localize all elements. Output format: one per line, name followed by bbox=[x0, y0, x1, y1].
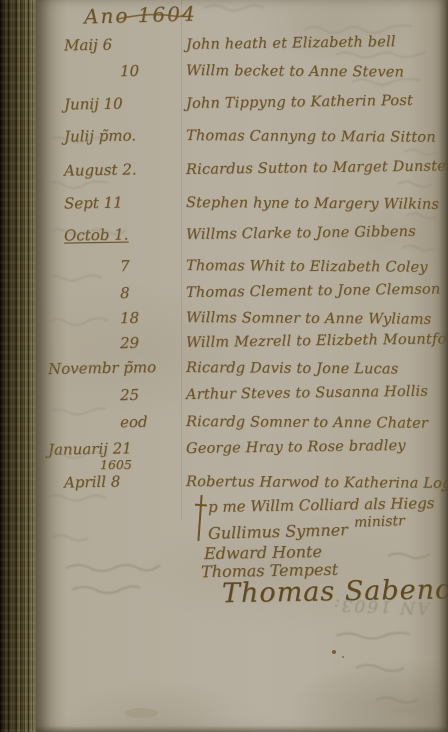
record-names: Ricardg Somner to Anne Chater bbox=[186, 414, 428, 432]
record-names: Thomas Cannyng to Maria Sitton bbox=[186, 128, 436, 146]
record-row: 8 Thomas Clement to Jone Clemson bbox=[36, 284, 448, 308]
record-date: eod bbox=[120, 413, 148, 431]
record-names: Willm becket to Anne Steven bbox=[186, 63, 404, 81]
record-names: Robertus Harwod to Katherina Loger bbox=[186, 474, 448, 492]
record-row: August 2. Ricardus Sutton to Marget Duns… bbox=[36, 161, 448, 185]
record-date: August 2. bbox=[64, 160, 137, 179]
record-row: eod Ricardg Somner to Anne Chater bbox=[36, 413, 448, 437]
page-bottom-edge bbox=[36, 726, 448, 732]
manuscript-photo: Ano 1604 Maij 6 John heath et Elizabeth … bbox=[0, 0, 448, 732]
record-row: 25 Arthur Steves to Susanna Hollis bbox=[36, 386, 448, 410]
page-right-edge bbox=[439, 0, 448, 732]
record-names: Ricardg Davis to Jone Lucas bbox=[186, 360, 398, 377]
record-row: 7 Thomas Whit to Elizabeth Coley bbox=[36, 257, 448, 281]
record-date: Maij 6 bbox=[64, 36, 112, 55]
cross-flourish bbox=[197, 495, 202, 541]
record-row: 29 Willm Mezrell to Elizbeth Mountford bbox=[36, 334, 448, 358]
record-names: John Tippyng to Katherin Post bbox=[186, 93, 413, 112]
record-date: Januarij 21 bbox=[48, 439, 132, 458]
record-names: Thomas Clement to Jone Clemson bbox=[186, 281, 441, 301]
record-date: 18 bbox=[120, 309, 139, 327]
record-row: 18 Willms Somner to Anne Wyliams bbox=[36, 309, 448, 333]
witness-signature: Gullimus Symner bbox=[208, 520, 348, 543]
record-date: 25 bbox=[120, 386, 139, 404]
record-names: Arthur Steves to Susanna Hollis bbox=[186, 384, 428, 403]
record-row: Julij p̃mo. Thomas Cannyng to Maria Sitt… bbox=[36, 127, 448, 151]
record-row: 10 Willm becket to Anne Steven bbox=[36, 62, 448, 86]
record-row: Novembr p̃mo Ricardg Davis to Jone Lucas bbox=[36, 359, 448, 383]
record-row: Sept 11 Stephen hyne to Margery Wilkins bbox=[36, 194, 448, 218]
record-names: Willms Somner to Anne Wyliams bbox=[186, 310, 432, 328]
record-date: 29 bbox=[120, 334, 139, 352]
register-page: Ano 1604 Maij 6 John heath et Elizabeth … bbox=[36, 0, 448, 732]
record-row: Januarij 21 1605 George Hray to Rose bra… bbox=[36, 440, 448, 464]
year-heading: Ano 1604 bbox=[84, 2, 197, 29]
record-date: Novembr p̃mo bbox=[48, 358, 156, 378]
record-names: George Hray to Rose bradley bbox=[186, 438, 406, 457]
record-date: 10 bbox=[120, 62, 139, 80]
record-year: 1605 bbox=[100, 457, 132, 472]
record-names: Thomas Whit to Elizabeth Coley bbox=[186, 258, 428, 276]
record-date: Julij p̃mo. bbox=[64, 126, 136, 145]
ink-dot bbox=[342, 656, 344, 658]
minister-title: ministr bbox=[354, 513, 405, 531]
ink-dot bbox=[332, 650, 336, 654]
record-row: Maij 6 John heath et Elizabeth bell bbox=[36, 36, 448, 60]
record-row: Aprill 8 Robertus Harwod to Katherina Lo… bbox=[36, 473, 448, 497]
record-names: Stephen hyne to Margery Wilkins bbox=[186, 195, 439, 213]
book-spine bbox=[0, 0, 36, 732]
record-names: Ricardus Sutton to Marget Dunster bbox=[186, 158, 448, 178]
record-date: Aprill 8 bbox=[64, 473, 121, 492]
record-date: 8 bbox=[120, 284, 130, 302]
record-date: Junij 10 bbox=[64, 94, 123, 113]
record-row: Junij 10 John Tippyng to Katherin Post bbox=[36, 95, 448, 119]
record-date: 7 bbox=[120, 257, 130, 275]
bleedthrough-text: AN 1603: bbox=[332, 594, 430, 617]
record-names: Willms Clarke to Jone Gibbens bbox=[186, 224, 416, 243]
record-names: John heath et Elizabeth bell bbox=[186, 34, 396, 53]
record-row: Octob 1. Willms Clarke to Jone Gibbens bbox=[36, 226, 448, 250]
page-stain bbox=[124, 708, 158, 718]
record-names: Willm Mezrell to Elizbeth Mountford bbox=[186, 331, 448, 351]
record-date: Sept 11 bbox=[64, 193, 123, 212]
record-date: Octob 1. bbox=[64, 225, 129, 244]
